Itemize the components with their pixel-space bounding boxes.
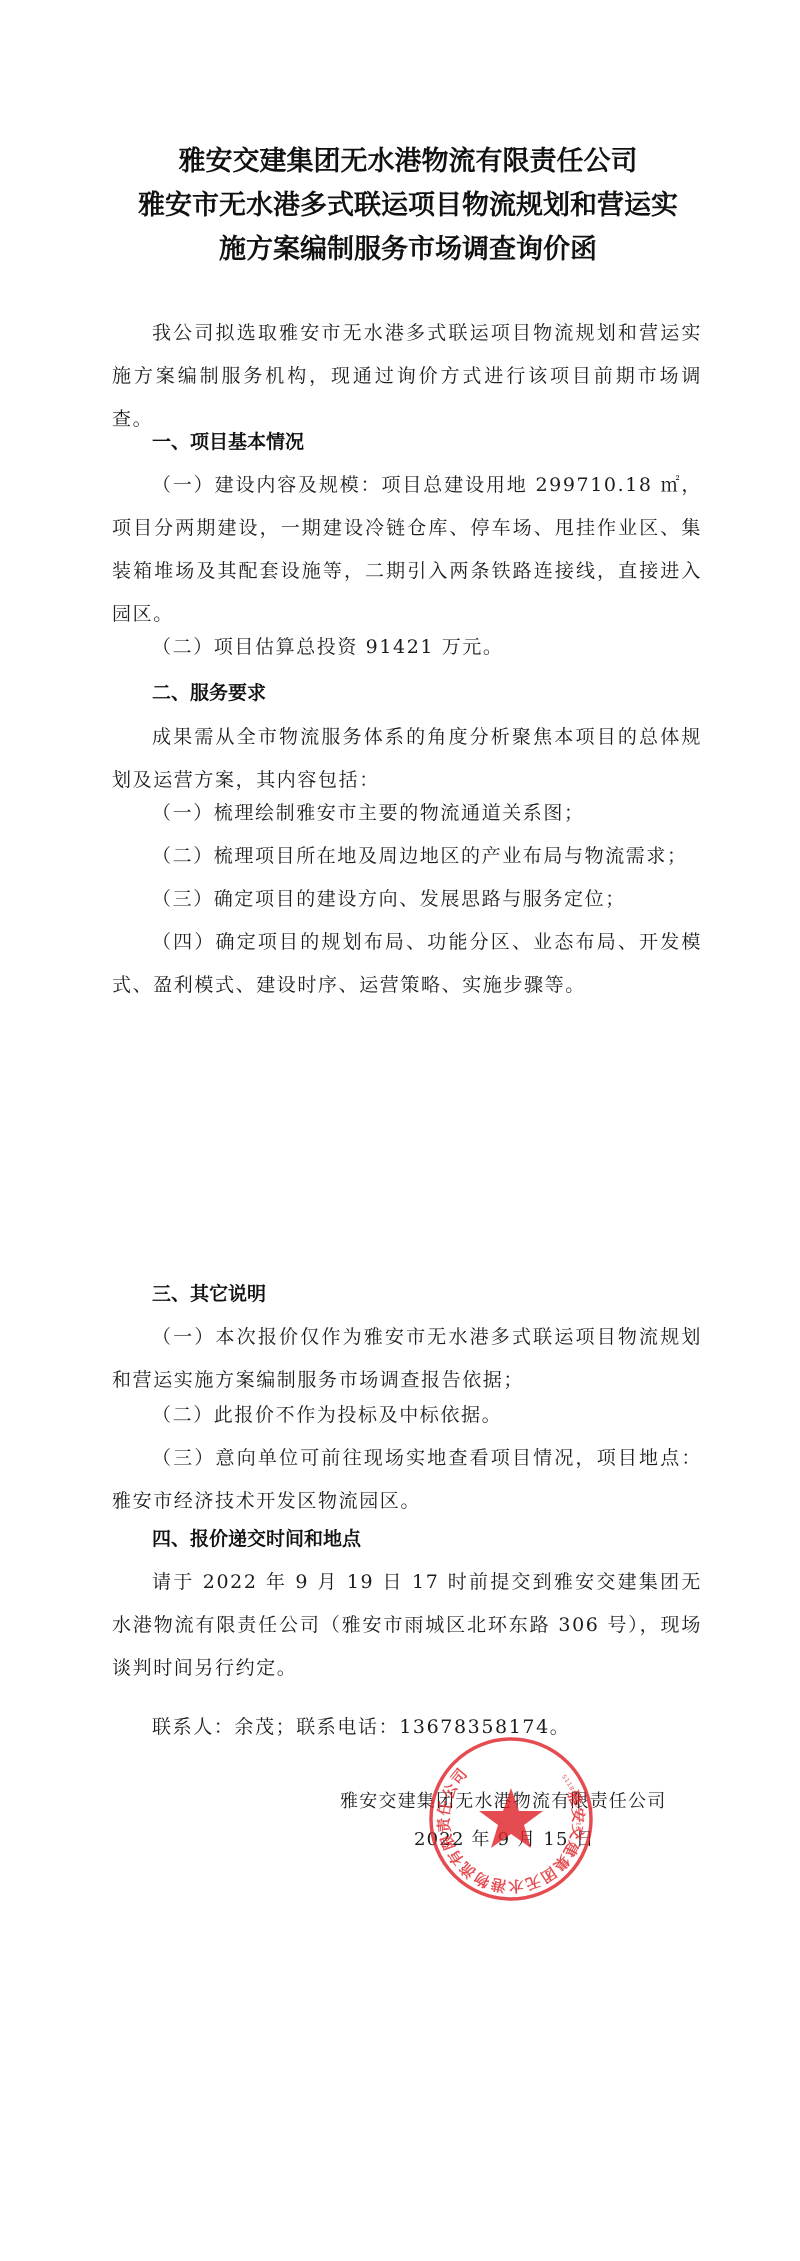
section-4-paragraph-1: 请于 2022 年 9 月 19 日 17 时前提交到雅安交建集团无水港物流有限…	[112, 1561, 702, 1690]
section-2-paragraph-1: 成果需从全市物流服务体系的角度分析聚焦本项目的总体规划及运营方案，其内容包括：	[112, 716, 702, 802]
section-2-item-1: （一）梳理绘制雅安市主要的物流通道关系图；	[112, 792, 702, 835]
document-title: 雅安交建集团无水港物流有限责任公司 雅安市无水港多式联运项目物流规划和营运实 施…	[110, 140, 706, 272]
section-heading-1: 一、项目基本情况	[152, 421, 304, 464]
title-line-company: 雅安交建集团无水港物流有限责任公司	[110, 140, 706, 184]
section-heading-2: 二、服务要求	[152, 672, 266, 715]
title-line-subject-2: 施方案编制服务市场调查询价函	[110, 228, 706, 272]
section-3-item-3: （三）意向单位可前往现场实地查看项目情况，项目地点：雅安市经济技术开发区物流园区…	[112, 1437, 702, 1523]
title-line-subject-1: 雅安市无水港多式联运项目物流规划和营运实	[110, 184, 706, 228]
section-2-item-2: （二）梳理项目所在地及周边地区的产业布局与物流需求；	[112, 835, 702, 878]
section-3-item-1: （一）本次报价仅作为雅安市无水港多式联运项目物流规划和营运实施方案编制服务市场调…	[112, 1316, 702, 1402]
document-page: 雅安交建集团无水港物流有限责任公司 雅安市无水港多式联运项目物流规划和营运实 施…	[0, 0, 800, 2261]
section-1-paragraph-1: （一）建设内容及规模：项目总建设用地 299710.18 ㎡，项目分两期建设，一…	[112, 464, 702, 636]
contact-line: 联系人：余茂；联系电话：13678358174。	[112, 1706, 702, 1749]
section-heading-3: 三、其它说明	[152, 1273, 266, 1316]
section-2-item-3: （三）确定项目的建设方向、发展思路与服务定位；	[112, 878, 702, 921]
section-1-paragraph-2: （二）项目估算总投资 91421 万元。	[112, 626, 702, 669]
signature-company: 雅安交建集团无水港物流有限责任公司	[340, 1782, 666, 1822]
section-heading-4: 四、报价递交时间和地点	[152, 1518, 361, 1561]
signature-date: 2022 年 9 月 15 日	[414, 1820, 595, 1860]
section-2-item-4: （四）确定项目的规划布局、功能分区、业态布局、开发模式、盈利模式、建设时序、运营…	[112, 921, 702, 1007]
section-3-item-2: （二）此报价不作为投标及中标依据。	[112, 1394, 702, 1437]
